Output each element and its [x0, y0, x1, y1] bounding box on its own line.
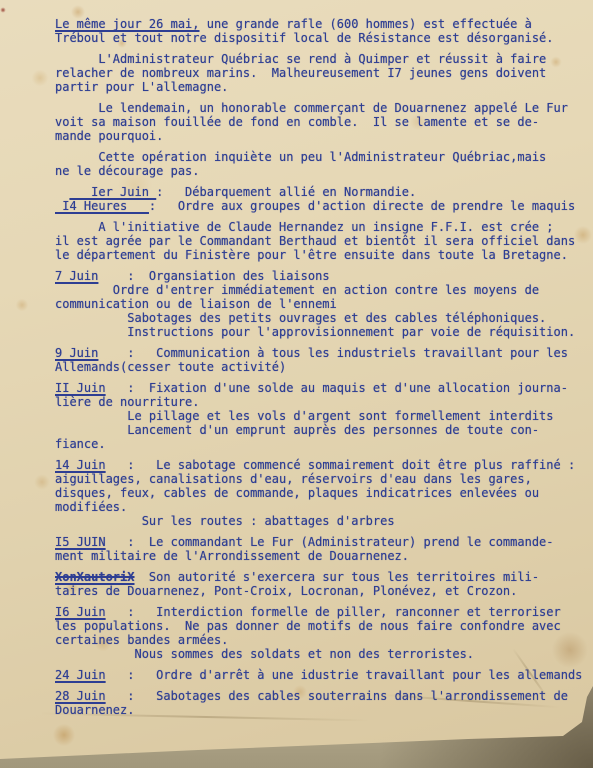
text-segment: : Organsiation des liaisons	[98, 269, 329, 283]
text-segment: : Ordre aux groupes d'action directe de …	[149, 199, 575, 213]
text-segment: Son autorité s'exercera sur tous les ter…	[134, 570, 539, 584]
text-line: Douarnenez.	[55, 703, 575, 717]
underlined-date: 28 Juin	[55, 689, 106, 703]
text-segment: Nous sommes des soldats et non des terro…	[55, 647, 474, 661]
text-line: Ier Juin : Débarquement allié en Normand…	[55, 185, 575, 199]
text-segment: les populations. Ne pas donner de motifs…	[55, 619, 561, 633]
text-segment: certaines bandes armées.	[55, 633, 228, 647]
text-line: A l'initiative de Claude Hernandez un in…	[55, 220, 575, 234]
paragraph: 24 Juin : Ordre d'arrêt à une idustrie t…	[55, 668, 575, 682]
text-segment: Sur les routes : abattages d'arbres	[55, 514, 395, 528]
paragraph: XonXautoriX Son autorité s'exercera sur …	[55, 570, 575, 598]
text-segment: aiguillages, canalisations d'eau, réserv…	[55, 472, 532, 486]
underlined-date: I4 Heures	[55, 199, 149, 213]
text-line: Tréboul et tout notre dispositif local d…	[55, 31, 575, 45]
text-line: I5 JUIN : Le commandant Le Fur (Administ…	[55, 535, 575, 549]
text-line: aiguillages, canalisations d'eau, réserv…	[55, 472, 575, 486]
paragraph: A l'initiative de Claude Hernandez un in…	[55, 220, 575, 262]
text-line: XonXautoriX Son autorité s'exercera sur …	[55, 570, 575, 584]
text-segment: le département du Finistère pour l'être …	[55, 248, 568, 262]
text-segment: : Le sabotage commencé sommairement doit…	[106, 458, 576, 472]
text-segment: Sabotages des petits ouvrages et des cab…	[55, 311, 546, 325]
text-segment: A l'initiative de Claude Hernandez un in…	[55, 220, 554, 234]
text-line: taires de Douarnenez, Pont-Croix, Locron…	[55, 584, 575, 598]
underlined-date: Ier Juin	[69, 185, 156, 199]
text-line: certaines bandes armées.	[55, 633, 575, 647]
paragraph: 9 Juin : Communication à tous les indust…	[55, 346, 575, 374]
text-line: Nous sommes des soldats et non des terro…	[55, 647, 575, 661]
text-segment: ment militaire de l'Arrondissement de Do…	[55, 549, 409, 563]
text-segment: : Fixation d'une solde au maquis et d'un…	[106, 381, 568, 395]
text-line: 24 Juin : Ordre d'arrêt à une idustrie t…	[55, 668, 575, 682]
text-line: II Juin : Fixation d'une solde au maquis…	[55, 381, 575, 395]
text-segment: voit sa maison fouillée de fond en combl…	[55, 115, 539, 129]
text-line: Instructions pour l'approvisionnement pa…	[55, 325, 575, 339]
text-line: Ordre d'entrer immédiatement en action c…	[55, 283, 575, 297]
text-segment: disques, feux, cables de commande, plaqu…	[55, 486, 539, 500]
text-line: communication ou de liaison de l'ennemi	[55, 297, 575, 311]
text-line: L'Administrateur Québriac se rend à Quim…	[55, 52, 575, 66]
scanned-page-background: { "colors": { "ink": "#2e3e93", "paper":…	[0, 0, 593, 768]
paragraph: 28 Juin : Sabotages des cables souterrai…	[55, 689, 575, 717]
text-segment: il est agrée par le Commandant Berthaud …	[55, 234, 575, 248]
paragraph: Ier Juin : Débarquement allié en Normand…	[55, 185, 575, 213]
text-line: ne le décourage pas.	[55, 164, 575, 178]
text-segment	[55, 185, 69, 199]
document-paper: Le même jour 26 mai, une grande rafle (6…	[0, 0, 593, 768]
text-segment: communication ou de liaison de l'ennemi	[55, 297, 337, 311]
paragraph: I6 Juin : Interdiction formelle de pille…	[55, 605, 575, 661]
text-segment: Ordre d'entrer immédiatement en action c…	[55, 283, 539, 297]
text-segment: : Communication à tous les industriels t…	[98, 346, 568, 360]
text-segment: fiance.	[55, 437, 106, 451]
underlined-date: II Juin	[55, 381, 106, 395]
underlined-date: I6 Juin	[55, 605, 106, 619]
document-text: Le même jour 26 mai, une grande rafle (6…	[55, 17, 575, 717]
text-segment: : Ordre d'arrêt à une idustrie travailla…	[106, 668, 583, 682]
text-line: Le lendemain, un honorable commerçant de…	[55, 101, 575, 115]
text-line: modifiées.	[55, 500, 575, 514]
underlined-date: 24 Juin	[55, 668, 106, 682]
text-segment: Allemands(cesser toute activité)	[55, 360, 286, 374]
paragraph: Cette opération inquiète un peu l'Admini…	[55, 150, 575, 178]
text-line: Lancement d'un emprunt auprès des person…	[55, 423, 575, 437]
text-line: partir pour L'allemagne.	[55, 80, 575, 94]
text-segment: Lancement d'un emprunt auprès des person…	[55, 423, 539, 437]
text-segment: mande pourquoi.	[55, 129, 163, 143]
text-line: Sabotages des petits ouvrages et des cab…	[55, 311, 575, 325]
text-line: 9 Juin : Communication à tous les indust…	[55, 346, 575, 360]
text-segment: relacher de nombreux marins. Malheureuse…	[55, 66, 546, 80]
text-segment: ne le décourage pas.	[55, 164, 200, 178]
text-line: ment militaire de l'Arrondissement de Do…	[55, 549, 575, 563]
text-segment: une grande rafle (600 hommes) est effect…	[200, 17, 532, 31]
text-segment: Le lendemain, un honorable commerçant de…	[55, 101, 568, 115]
text-segment: modifiées.	[55, 500, 127, 514]
text-segment: partir pour L'allemagne.	[55, 80, 228, 94]
paragraph: Le même jour 26 mai, une grande rafle (6…	[55, 17, 575, 45]
text-line: Sur les routes : abattages d'arbres	[55, 514, 575, 528]
text-line: lière de nourriture.	[55, 395, 575, 409]
text-segment: : Sabotages des cables souterrains dans …	[106, 689, 568, 703]
text-line: Allemands(cesser toute activité)	[55, 360, 575, 374]
text-segment: Cette opération inquiète un peu l'Admini…	[55, 150, 546, 164]
paragraph: I5 JUIN : Le commandant Le Fur (Administ…	[55, 535, 575, 563]
text-segment: : Débarquement allié en Normandie.	[156, 185, 416, 199]
paragraph: L'Administrateur Québriac se rend à Quim…	[55, 52, 575, 94]
text-line: 14 Juin : Le sabotage commencé sommairem…	[55, 458, 575, 472]
text-segment: : Le commandant Le Fur (Administrateur) …	[106, 535, 554, 549]
text-line: 28 Juin : Sabotages des cables souterrai…	[55, 689, 575, 703]
paragraph: 7 Juin : Organsiation des liaisons Ordre…	[55, 269, 575, 339]
text-line: mande pourquoi.	[55, 129, 575, 143]
text-line: 7 Juin : Organsiation des liaisons	[55, 269, 575, 283]
text-segment: Tréboul et tout notre dispositif local d…	[55, 31, 554, 45]
text-line: I4 Heures : Ordre aux groupes d'action d…	[55, 199, 575, 213]
text-segment: Instructions pour l'approvisionnement pa…	[55, 325, 575, 339]
text-line: disques, feux, cables de commande, plaqu…	[55, 486, 575, 500]
text-line: le département du Finistère pour l'être …	[55, 248, 575, 262]
paragraph: II Juin : Fixation d'une solde au maquis…	[55, 381, 575, 451]
underlined-date: I5 JUIN	[55, 535, 106, 549]
struck-out-text: XonXautoriX	[55, 570, 134, 584]
text-line: les populations. Ne pas donner de motifs…	[55, 619, 575, 633]
text-segment: Le pillage et les vols d'argent sont for…	[55, 409, 554, 423]
text-segment: Douarnenez.	[55, 703, 134, 717]
text-line: I6 Juin : Interdiction formelle de pille…	[55, 605, 575, 619]
text-line: Le même jour 26 mai, une grande rafle (6…	[55, 17, 575, 31]
paragraph: 14 Juin : Le sabotage commencé sommairem…	[55, 458, 575, 528]
paragraph: Le lendemain, un honorable commerçant de…	[55, 101, 575, 143]
underlined-date: Le même jour 26 mai,	[55, 17, 200, 31]
text-line: il est agrée par le Commandant Berthaud …	[55, 234, 575, 248]
text-line: voit sa maison fouillée de fond en combl…	[55, 115, 575, 129]
text-segment: taires de Douarnenez, Pont-Croix, Locron…	[55, 584, 517, 598]
underlined-date: 14 Juin	[55, 458, 106, 472]
underlined-date: 7 Juin	[55, 269, 98, 283]
text-line: relacher de nombreux marins. Malheureuse…	[55, 66, 575, 80]
underlined-date: 9 Juin	[55, 346, 98, 360]
text-line: Le pillage et les vols d'argent sont for…	[55, 409, 575, 423]
text-line: fiance.	[55, 437, 575, 451]
text-segment: : Interdiction formelle de piller, ranco…	[106, 605, 561, 619]
text-line: Cette opération inquiète un peu l'Admini…	[55, 150, 575, 164]
text-segment: lière de nourriture.	[55, 395, 200, 409]
text-segment: L'Administrateur Québriac se rend à Quim…	[55, 52, 546, 66]
